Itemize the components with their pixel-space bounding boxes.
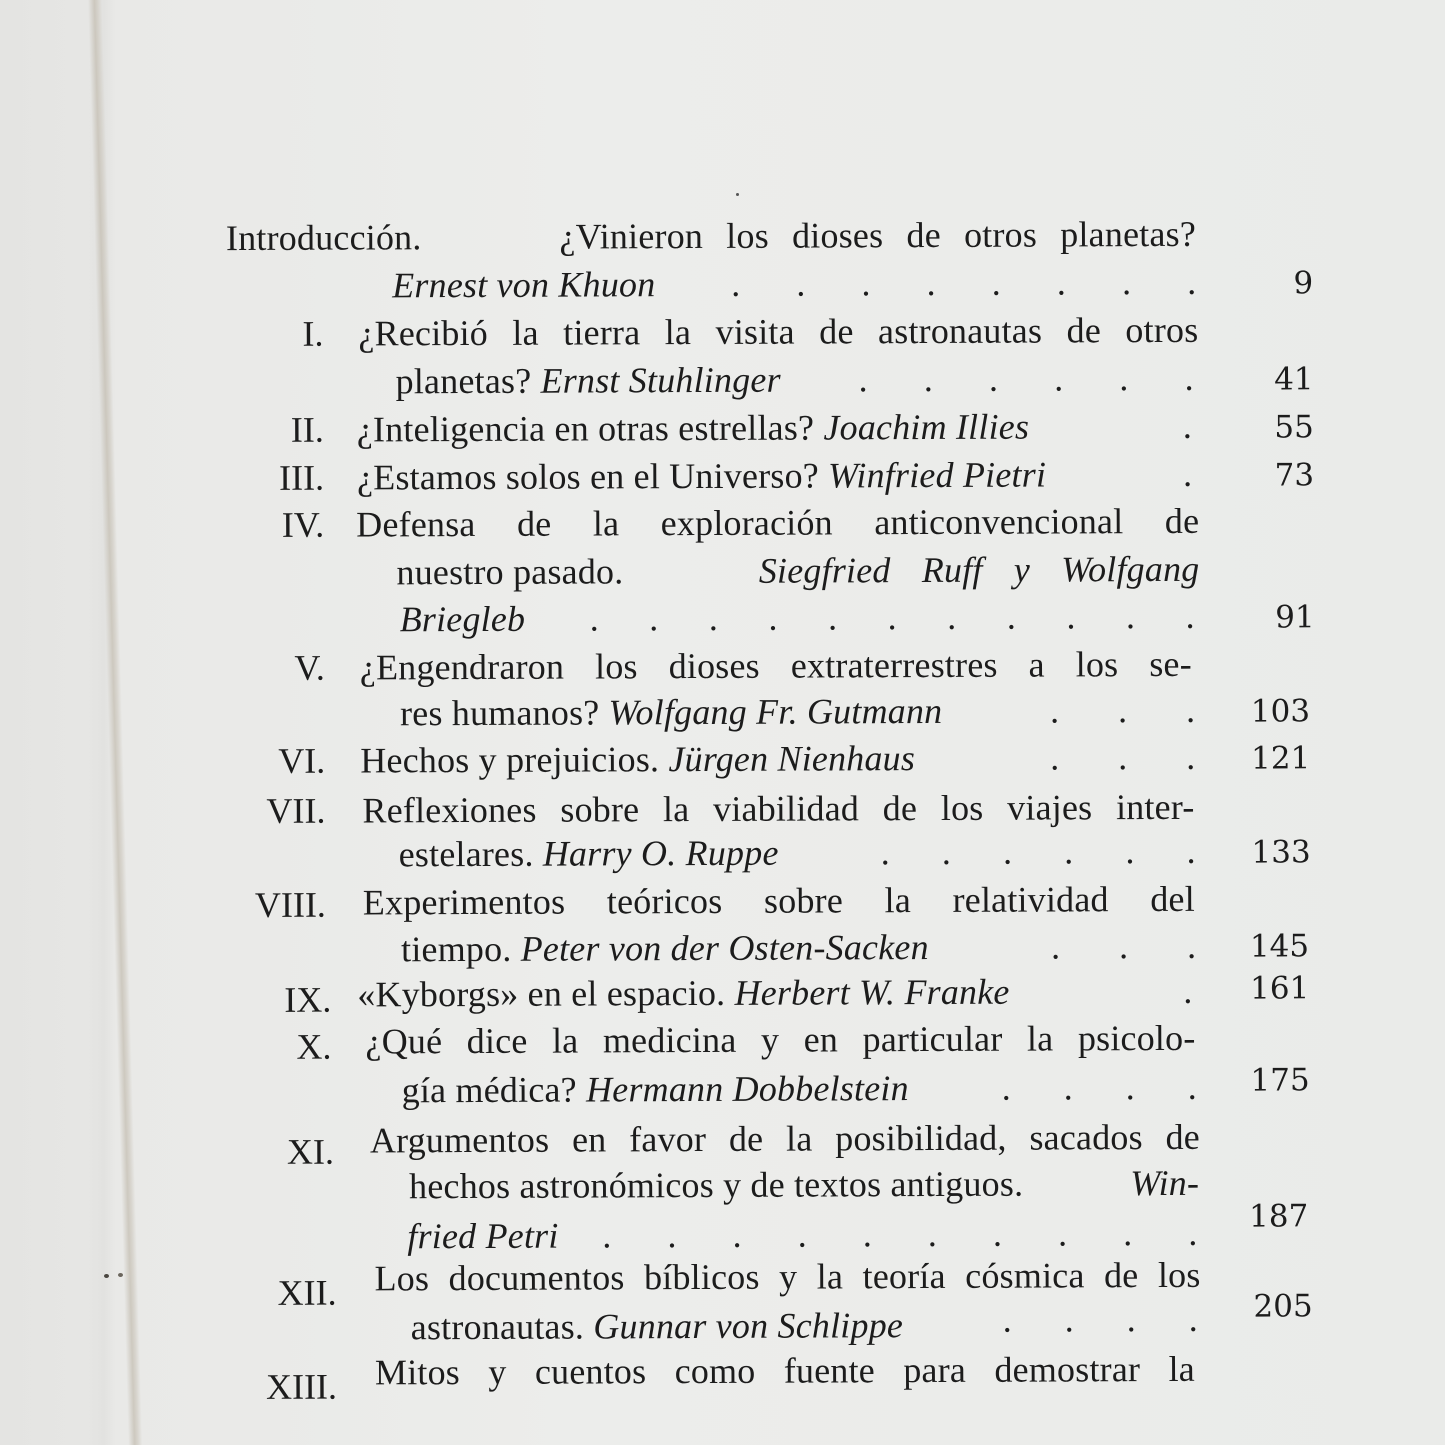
toc-entry-title: Reflexiones sobre la viabilidad de los v… xyxy=(362,784,1194,834)
toc-leader-dots: ...... xyxy=(881,828,1201,875)
toc-entry-author: Ernest von Khuon xyxy=(392,264,655,305)
toc-leader-dots: ... xyxy=(1051,923,1201,970)
toc-entry-10: X. ¿Qué dice la medicina y en particular… xyxy=(0,0,1442,3)
toc-entry-page: 133 xyxy=(1221,829,1311,875)
toc-entry-page: 175 xyxy=(1220,1057,1310,1103)
toc-entry-number: IV. xyxy=(204,502,324,549)
toc-entry-author: Jürgen Nienhaus xyxy=(668,738,915,779)
toc-leader-dots: ...... xyxy=(859,355,1199,402)
toc-entry-7: VII. Reflexiones sobre la viabilidad de … xyxy=(0,0,1442,3)
toc-entry-author: Peter von der Osten-Sacken xyxy=(521,927,929,969)
toc-entry-title: Defensa de la exploración anticonvencion… xyxy=(356,498,1199,548)
toc-entry-number: V. xyxy=(205,645,325,692)
toc-entry-title: Argumentos en favor de la posibilidad, s… xyxy=(370,1114,1200,1164)
toc-entry-number: XIII. xyxy=(217,1364,337,1411)
toc-leader-dots: .......... xyxy=(602,1210,1202,1259)
toc-entry-page: 73 xyxy=(1224,452,1314,498)
toc-entry-number: IX. xyxy=(211,977,331,1024)
toc-entry-author: Siegfried Ruff y Wolfgang xyxy=(759,546,1200,594)
toc-leader-dots: ... xyxy=(1050,734,1200,781)
toc-entry-title: Experimentos teóricos sobre la relativid… xyxy=(363,876,1195,926)
toc-entry-page: 55 xyxy=(1224,404,1314,450)
toc-entry-author: Hermann Dobbelstein xyxy=(586,1068,909,1109)
toc-entry-title-tail-line: nuestro pasado. Siegfried Ruff y Wolfgan… xyxy=(396,546,1199,596)
toc-entry-intro: Introducción. ¿Vinieron los dioses de ot… xyxy=(0,0,1442,3)
toc-entry-8: VIII. Experimentos teóricos sobre la rel… xyxy=(0,0,1442,3)
toc-entry-author: Herbert W. Franke xyxy=(734,972,1009,1013)
toc-entry-12: XII. Los documentos bíblicos y la teoría… xyxy=(0,0,1442,3)
toc-entry-author: Harry O. Ruppe xyxy=(543,833,779,874)
toc-entry-title-line: ¿Inteligencia en otras estrellas? Joachi… xyxy=(357,404,1030,453)
toc-entry-author: Win- xyxy=(1130,1160,1199,1206)
toc-entry-author-line: Ernest von Khuon xyxy=(392,261,655,308)
toc-entry-number: VIII. xyxy=(206,882,326,929)
toc-entry-title-tail-line: tiempo. Peter von der Osten-Sacken xyxy=(401,924,929,972)
toc-entry-title-tail-line: estelares. Harry O. Ruppe xyxy=(399,830,779,878)
toc-entry-page: 121 xyxy=(1220,735,1310,781)
toc-entry-page: 161 xyxy=(1219,965,1309,1011)
toc-entry-title: Mitos y cuentos como fuente para demostr… xyxy=(375,1346,1195,1396)
toc-leader-dots: . xyxy=(1183,451,1192,497)
toc-entry-title-line: ¿Estamos solos en el Universo? Winfried … xyxy=(357,451,1046,500)
toc-entry-title-tail-line: res humanos? Wolfgang Fr. Gutmann xyxy=(400,688,942,736)
toc-entry-page: 9 xyxy=(1223,260,1313,306)
toc-entry-page: 145 xyxy=(1219,923,1309,969)
toc-leader-dots: . xyxy=(1183,968,1192,1014)
toc-entry-page: 103 xyxy=(1220,688,1310,734)
toc-entry-title-line: Hechos y prejuicios. Jürgen Nienhaus xyxy=(360,735,915,783)
toc-entry-author: Wolfgang Fr. Gutmann xyxy=(609,691,943,732)
toc-entry-author-continued: fried Petri xyxy=(407,1216,558,1257)
toc-entry-6: VI. Hechos y prejuicios. Jürgen Nienhaus… xyxy=(0,0,1442,3)
toc-entry-author: Joachim Illies xyxy=(823,407,1029,448)
toc-entry-number: I. xyxy=(203,311,323,358)
toc-leader-dots: .... xyxy=(1002,1064,1202,1111)
toc-entry-author-continued: Briegleb xyxy=(400,599,526,640)
toc-entry-number: XI. xyxy=(214,1129,334,1176)
toc-entry-title: ¿Recibió la tierra la visita de astronau… xyxy=(358,307,1198,357)
toc-entry-number: VII. xyxy=(205,788,325,835)
toc-entry-number: X. xyxy=(211,1024,331,1071)
toc-entry-2: II. ¿Inteligencia en otras estrellas? Jo… xyxy=(0,0,1442,3)
toc-entry-author: Winfried Pietri xyxy=(828,454,1046,495)
toc-entry-page: 91 xyxy=(1225,594,1315,640)
toc-entry-page: 187 xyxy=(1218,1193,1308,1239)
toc-entry-5: V. ¿Engendraron los dioses extraterrestr… xyxy=(0,0,1442,3)
toc-entry-title-line: Introducción. ¿Vinieron los dioses de ot… xyxy=(226,211,1196,261)
toc-entry-number: II. xyxy=(204,407,324,454)
table-of-contents: Introducción. ¿Vinieron los dioses de ot… xyxy=(0,0,1445,1445)
toc-entry-title: ¿Engendraron los dioses extraterrestres … xyxy=(360,641,1192,691)
toc-entry-title: ¿Qué dice la medicina y en particular la… xyxy=(365,1015,1195,1065)
toc-entry-page: 41 xyxy=(1224,356,1314,402)
toc-entry-number: XII. xyxy=(216,1270,336,1317)
toc-leader-dots: ........... xyxy=(590,593,1200,642)
toc-entry-title-tail-line: planetas? Ernst Stuhlinger xyxy=(396,357,781,405)
toc-entry-3: III. ¿Estamos solos en el Universo? Winf… xyxy=(0,0,1442,3)
toc-entry-4: IV. Defensa de la exploración anticonven… xyxy=(0,0,1442,3)
toc-entry-page: 205 xyxy=(1223,1283,1313,1329)
toc-leader-dots: .... xyxy=(1003,1296,1203,1343)
toc-entry-title-tail-line: hechos astronómicos y de textos antiguos… xyxy=(409,1160,1199,1209)
toc-entry-title-line: «Kyborgs» en el espacio. Herbert W. Fran… xyxy=(357,969,1009,1018)
toc-leader-dots: ........ xyxy=(731,259,1201,307)
toc-entry-1: I. ¿Recibió la tierra la visita de astro… xyxy=(0,0,1442,3)
toc-leader-dots: . xyxy=(1183,403,1192,449)
toc-entry-author: Gunnar von Schlippe xyxy=(593,1305,903,1346)
toc-entry-author-line: Briegleb xyxy=(400,596,526,643)
toc-entry-title-tail-line: astronautas. Gunnar von Schlippe xyxy=(411,1302,904,1350)
toc-entry-number: VI. xyxy=(205,738,325,785)
toc-entry-title: Los documentos bíblicos y la teoría cósm… xyxy=(374,1252,1200,1302)
toc-entry-9: IX. «Kyborgs» en el espacio. Herbert W. … xyxy=(0,0,1442,3)
toc-entry-author: Ernst Stuhlinger xyxy=(540,360,780,401)
toc-entry-number: Introducción. xyxy=(226,214,422,261)
toc-entry-title: ¿Vinieron los dioses de otros planetas? xyxy=(559,211,1196,260)
toc-entry-13: XIII. Mitos y cuentos como fuente para d… xyxy=(0,0,1442,3)
toc-entry-11: XI. Argumentos en favor de la posibilida… xyxy=(0,0,1442,3)
toc-entry-author-line: fried Petri xyxy=(407,1213,558,1260)
toc-entry-title-tail-line: gía médica? Hermann Dobbelstein xyxy=(402,1065,909,1113)
toc-entry-number: III. xyxy=(204,455,324,502)
toc-leader-dots: ... xyxy=(1050,687,1200,734)
